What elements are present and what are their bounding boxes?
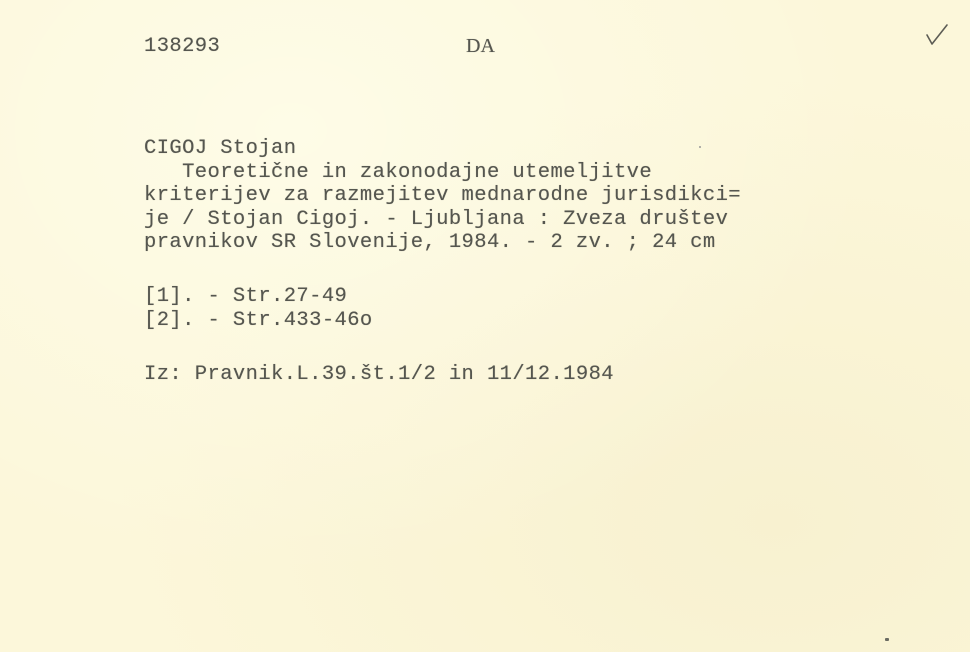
part-line: [1]. - Str.27-49: [144, 285, 347, 308]
description-line: kriterijev za razmejitev mednarodne juri…: [144, 184, 741, 207]
checkmark-icon: [924, 22, 950, 48]
bibliographic-entry: CIGOJ Stojan Teoretične in zakonodajne u…: [144, 137, 741, 255]
author-heading: CIGOJ Stojan: [144, 137, 296, 160]
part-line: [2]. - Str.433-46o: [144, 309, 373, 332]
source-note: Iz: Pravnik.L.39.št.1/2 in 11/12.1984: [144, 363, 614, 387]
location-code: DA: [466, 35, 495, 59]
accession-number: 138293: [144, 35, 220, 59]
volume-parts: [1]. - Str.27-49 [2]. - Str.433-46o: [144, 285, 373, 332]
description-line: pravnikov SR Slovenije, 1984. - 2 zv. ; …: [144, 231, 716, 254]
description-line: je / Stojan Cigoj. - Ljubljana : Zveza d…: [144, 208, 728, 231]
catalog-card: 138293 DA CIGOJ Stojan Teoretične in zak…: [0, 0, 970, 652]
description-line: Teoretične in zakonodajne utemeljitve: [144, 161, 652, 184]
paper-speck: [699, 146, 701, 148]
paper-speck: [885, 638, 889, 641]
